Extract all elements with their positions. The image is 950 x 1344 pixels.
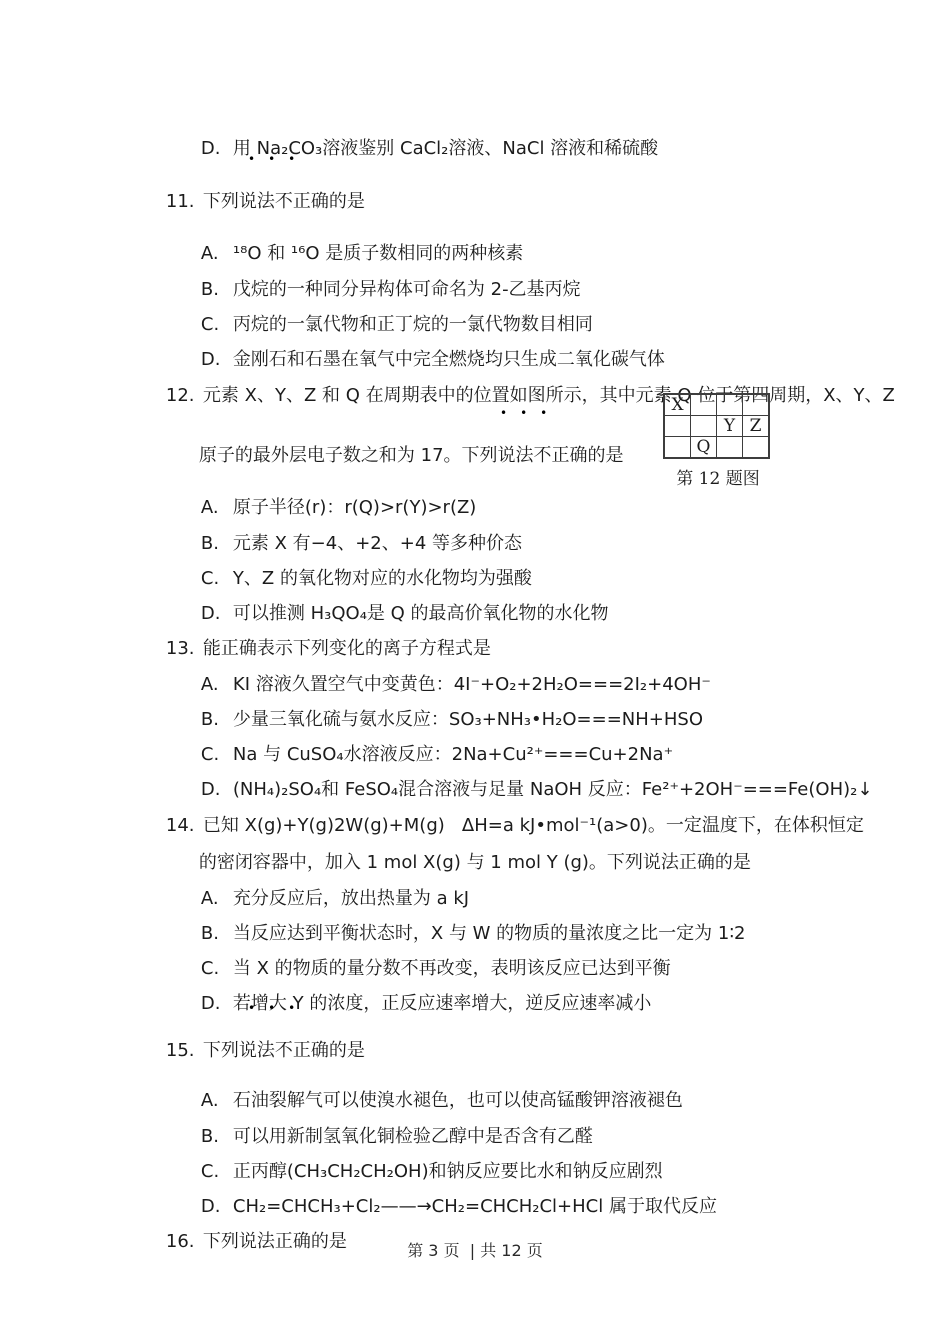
question-text: 下列说法不正确的是 [203,191,365,212]
table-cell: Z [743,416,770,437]
page-footer: 第 3 页 | 共 12 页 [0,1238,950,1261]
question-text: 下列说法不正确的是 [203,1040,365,1061]
table-cell [743,394,770,416]
table-cell [717,437,743,459]
emphasis-dots: ••• [248,1001,308,1015]
table-cell [691,394,717,416]
table-cell [664,437,691,459]
q12-figure-caption: 第 12 题图 [655,464,781,489]
question-number: 11. [166,190,203,214]
option-label: D. [201,137,233,161]
table-cell: Y [717,416,743,437]
option-label: D. [201,992,233,1016]
table-cell: Q [691,437,717,459]
question-text: 原子的最外层电子数之和为 17。下列说法不正确的是 [199,445,624,466]
table-cell [717,394,743,416]
table-cell [691,416,717,437]
question-number: 12. [166,384,203,408]
question-text: 元素 X、Y、Z 和 Q 在周期表中的位置如图所示，其中元素 Q 位于第四周期，… [203,385,895,406]
question-number: 15. [166,1039,203,1063]
emphasis-dots: ••• [500,406,560,420]
emphasis-dots: ••• [248,152,308,166]
q12-periodic-table-figure: X Y Z Q [663,393,770,459]
table-cell: X [664,394,691,416]
table-cell [664,416,691,437]
table-cell [743,437,770,459]
exam-page: D.用 Na₂CO₃溶液鉴别 CaCl₂溶液、NaCl 溶液和稀硫酸 ••• 1… [0,0,950,1344]
